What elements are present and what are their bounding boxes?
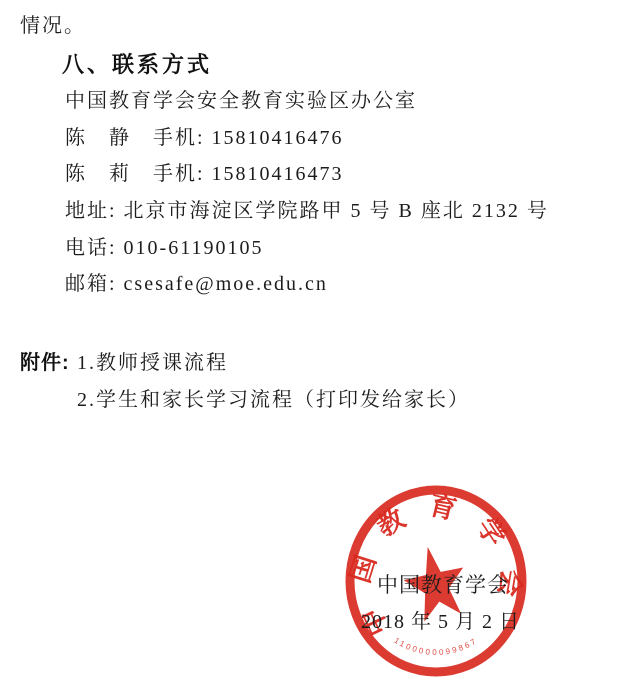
- attachment-item-2: 2.学生和家长学习流程（打印发给家长）: [77, 383, 470, 412]
- signature-date: 2018 年 5 月 2 日: [361, 605, 520, 634]
- document-page: 情况。 八、联系方式 中国教育学会安全教育实验区办公室 陈 静 手机: 1581…: [0, 0, 630, 694]
- attachment-item-1: 1.教师授课流程: [77, 346, 228, 375]
- signature-org: 中国教育学会: [377, 569, 509, 599]
- contact-person-1: 陈 静 手机: 15810416476: [65, 121, 344, 150]
- body-text-leading: 情况。: [20, 9, 86, 38]
- contact-address: 地址: 北京市海淀区学院路甲 5 号 B 座北 2132 号: [65, 194, 549, 223]
- contact-phone: 电话: 010-61190105: [65, 231, 263, 260]
- seal-serial: 1100000099867: [393, 636, 480, 657]
- attachments-label: 附件:: [20, 346, 70, 375]
- contact-office-line: 中国教育学会安全教育实验区办公室: [65, 84, 417, 113]
- section-heading: 八、联系方式: [62, 48, 212, 79]
- contact-email: 邮箱: csesafe@moe.edu.cn: [65, 267, 328, 296]
- contact-person-2: 陈 莉 手机: 15810416473: [65, 157, 344, 186]
